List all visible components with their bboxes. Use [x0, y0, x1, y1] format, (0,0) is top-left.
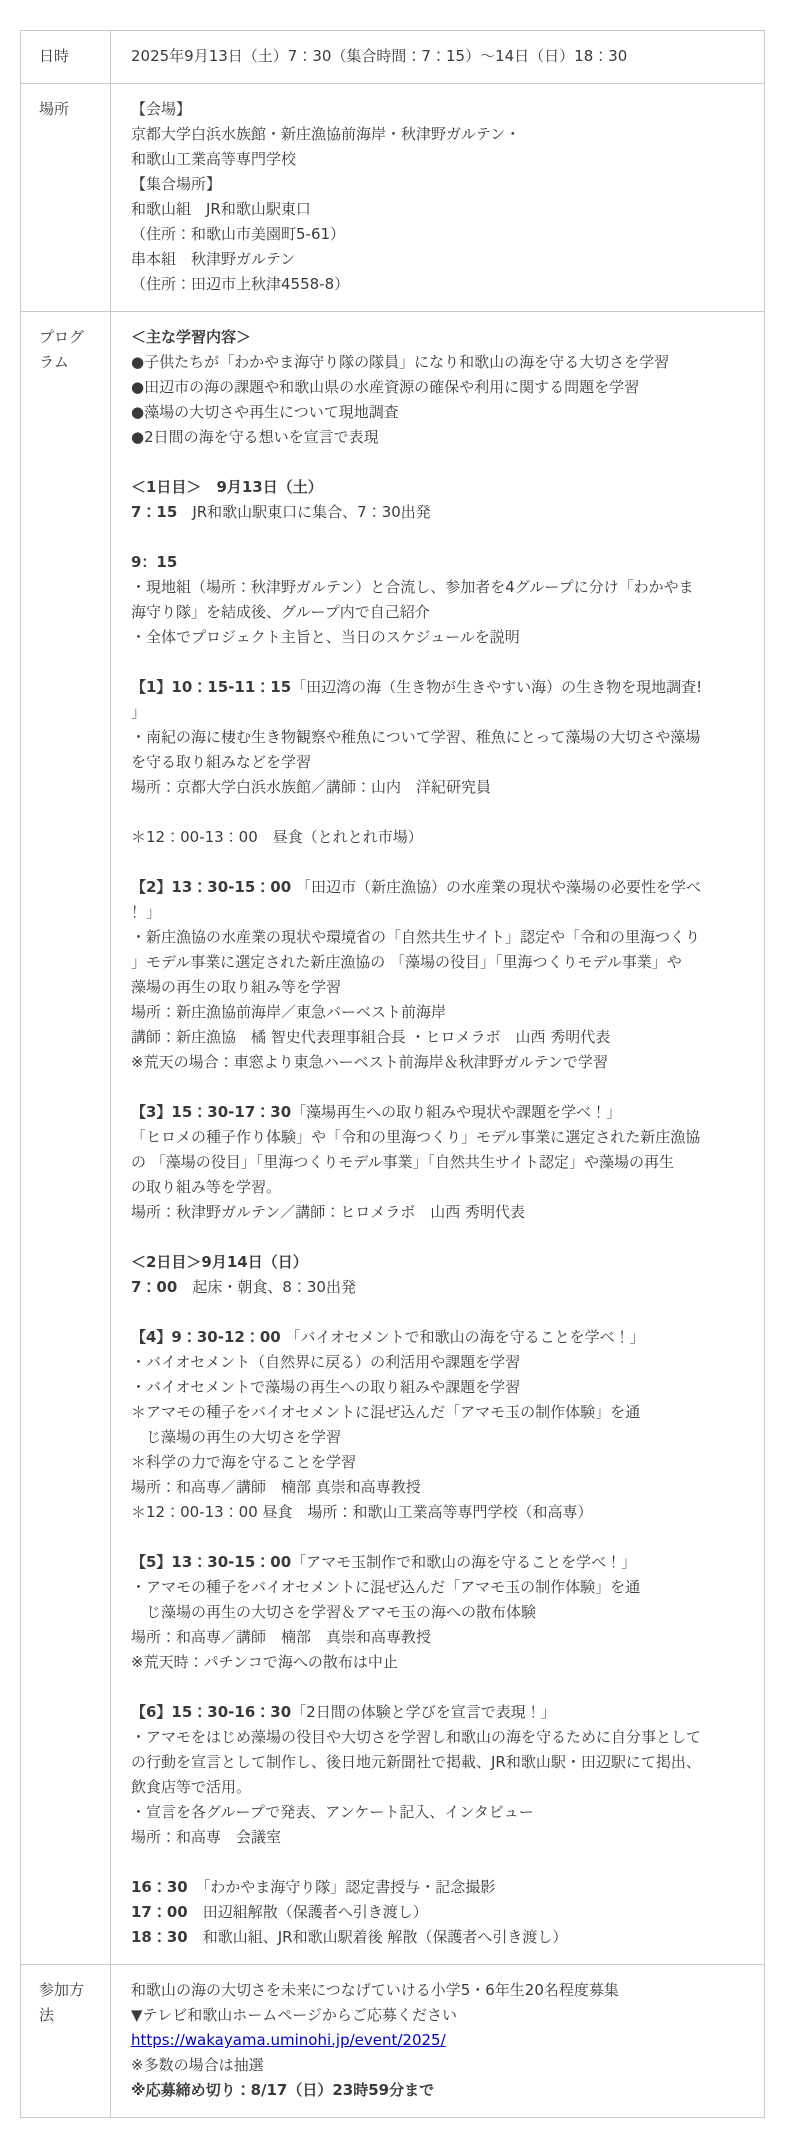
text-line: 串本組 秋津野ガルテン	[131, 247, 754, 272]
text-segment: 「アマモ玉制作で和歌山の海を守ることを学べ！」	[291, 1553, 636, 1571]
text-segment: ●田辺市の海の課題や和歌山県の水産資源の確保や利用に関する問題を学習	[131, 378, 639, 396]
text-line: ・アマモをはじめ藻場の役目や大切さを学習し和歌山の海を守るために自分事として	[131, 1725, 754, 1750]
text-segment: 【集合場所】	[131, 175, 221, 193]
text-segment: ・宣言を各グループで発表、アンケート記入、インタビュー	[131, 1803, 534, 1821]
text-line: 16：30 「わかやま海守り隊」認定書授与・記念撮影	[131, 1875, 754, 1900]
blank-line	[131, 650, 754, 675]
text-segment: 【会場】	[131, 100, 191, 118]
text-line: 飲食店等で活用。	[131, 1775, 754, 1800]
text-segment: 和歌山の海の大切さを未来につなげていける小学5・6年生20名程度募集	[131, 1981, 619, 1999]
text-line: 和歌山工業高等専門学校	[131, 147, 754, 172]
blank-line	[131, 1675, 754, 1700]
text-segment: 「ヒロメの種子作り体験」や「令和の里海つくり」モデル事業に選定された新庄漁協	[131, 1128, 700, 1146]
text-line: ※多数の場合は抽選	[131, 2053, 754, 2078]
text-segment: 串本組 秋津野ガルテン	[131, 250, 295, 268]
text-line: ＊12：00-13：00 昼食（とれとれ市場）	[131, 825, 754, 850]
text-segment: 7：00	[131, 1278, 177, 1296]
text-segment: ・全体でプロジェクト主旨と、当日のスケジュールを説明	[131, 628, 520, 646]
text-segment: を守る取り組みなどを学習	[131, 753, 311, 771]
text-segment: ・南紀の海に棲む生き物観察や稚魚について学習、稚魚にとって藻場の大切さや藻場	[131, 728, 700, 746]
text-segment: 「藻場再生への取り組みや現状や課題を学べ！」	[291, 1103, 621, 1121]
text-segment: ！」	[131, 903, 161, 921]
text-line: 「ヒロメの種子作り体験」や「令和の里海つくり」モデル事業に選定された新庄漁協	[131, 1125, 754, 1150]
text-line: 17：00 田辺組解散（保護者へ引き渡し）	[131, 1900, 754, 1925]
text-line: 海守り隊」を結成後、グループ内で自己紹介	[131, 600, 754, 625]
text-line: 和歌山の海の大切さを未来につなげていける小学5・6年生20名程度募集	[131, 1978, 754, 2003]
row-content-place: 【会場】京都大学白浜水族館・新庄漁協前海岸・秋津野ガルテン・和歌山工業高等専門学…	[111, 84, 765, 312]
text-segment: 場所：和高専／講師 楠部 真崇和高専教授	[131, 1628, 431, 1646]
text-segment: 「2日間の体験と学びを宣言で表現！」	[291, 1703, 556, 1721]
text-line: ・バイオセメント（自然界に戻る）の利活用や課題を学習	[131, 1350, 754, 1375]
text-segment: 場所：秋津野ガルテン／講師：ヒロメラボ 山西 秀明代表	[131, 1203, 525, 1221]
blank-line	[131, 1225, 754, 1250]
text-segment: ・現地組（場所：秋津野ガルテン）と合流し、参加者を4グループに分け「わかやま	[131, 578, 694, 596]
text-segment: ・バイオセメント（自然界に戻る）の利活用や課題を学習	[131, 1353, 520, 1371]
text-segment: 「田辺市（新庄漁協）の水産業の現状や藻場の必要性を学べ	[291, 878, 701, 896]
text-segment: 【2】13：30-15：00	[131, 878, 291, 896]
text-segment: JR和歌山駅東口に集合、7：30出発	[177, 503, 430, 521]
text-line: ・全体でプロジェクト主旨と、当日のスケジュールを説明	[131, 625, 754, 650]
blank-line	[131, 800, 754, 825]
text-line: ＜2日目＞9月14日（日）	[131, 1250, 754, 1275]
text-segment: 場所：和高専 会議室	[131, 1828, 281, 1846]
text-segment: の行動を宣言として制作し、後日地元新聞社で掲載、JR和歌山駅・田辺駅にて掲出、	[131, 1753, 701, 1771]
text-line: 9：15	[131, 550, 754, 575]
text-line: ●田辺市の海の課題や和歌山県の水産資源の確保や利用に関する問題を学習	[131, 375, 754, 400]
text-line: の取り組み等を学習。	[131, 1175, 754, 1200]
text-line: ・新庄漁協の水産業の現状や環境省の「自然共生サイト」認定や「令和の里海つくり	[131, 925, 754, 950]
text-segment: 」	[131, 703, 146, 721]
text-segment: ＜主な学習内容＞	[131, 328, 251, 346]
text-segment: ＊科学の力で海を守ることを学習	[131, 1453, 356, 1471]
text-line: （住所：田辺市上秋津4558-8）	[131, 272, 754, 297]
text-segment: ●2日間の海を守る想いを宣言で表現	[131, 428, 379, 446]
text-segment: 9：15	[131, 553, 177, 571]
text-line: ＜主な学習内容＞	[131, 325, 754, 350]
text-line: 講師：新庄漁協 橘 智史代表理事組合長 ・ヒロメラボ 山西 秀明代表	[131, 1025, 754, 1050]
text-segment: ＜2日目＞9月14日（日）	[131, 1253, 308, 1271]
text-segment: 京都大学白浜水族館・新庄漁協前海岸・秋津野ガルテン・	[131, 125, 520, 143]
text-line: 【会場】	[131, 97, 754, 122]
text-line: の行動を宣言として制作し、後日地元新聞社で掲載、JR和歌山駅・田辺駅にて掲出、	[131, 1750, 754, 1775]
text-line: 場所：京都大学白浜水族館／講師：山内 洋紀研究員	[131, 775, 754, 800]
text-segment: ※応募締め切り：8/17（日）23時59分まで	[131, 2081, 434, 2099]
text-segment: 「わかやま海守り隊」認定書授与・記念撮影	[188, 1878, 496, 1896]
text-line: ※荒天の場合：車窓より東急ハーベスト前海岸＆秋津野ガルテンで学習	[131, 1050, 754, 1075]
text-line: ※応募締め切り：8/17（日）23時59分まで	[131, 2078, 754, 2103]
text-line: を守る取り組みなどを学習	[131, 750, 754, 775]
text-segment: （住所：和歌山市美園町5-61）	[131, 225, 345, 243]
text-line: ＜1日目＞ 9月13日（土）	[131, 475, 754, 500]
text-line: ＊アマモの種子をバイオセメントに混ぜ込んだ「アマモ玉の制作体験」を通	[131, 1400, 754, 1425]
row-label-program: プログラム	[21, 312, 111, 1965]
text-segment: 【5】13：30-15：00	[131, 1553, 291, 1571]
text-line: 2025年9月13日（土）7：30（集合時間：7：15）～14日（日）18：30	[131, 44, 754, 69]
text-segment: 田辺組解散（保護者へ引き渡し）	[188, 1903, 428, 1921]
text-segment: の 「藻場の役目」「里海つくりモデル事業」「自然共生サイト認定」や藻場の再生	[131, 1153, 674, 1171]
text-line: 和歌山組 JR和歌山駅東口	[131, 197, 754, 222]
text-line: ●2日間の海を守る想いを宣言で表現	[131, 425, 754, 450]
text-line: 【2】13：30-15：00 「田辺市（新庄漁協）の水産業の現状や藻場の必要性を…	[131, 875, 754, 900]
blank-line	[131, 1300, 754, 1325]
row-content-datetime: 2025年9月13日（土）7：30（集合時間：7：15）～14日（日）18：30	[111, 31, 765, 84]
text-segment: 和歌山工業高等専門学校	[131, 150, 296, 168]
text-line: 7：00 起床・朝食、8：30出発	[131, 1275, 754, 1300]
text-segment: ＜1日目＞ 9月13日（土）	[131, 478, 323, 496]
text-line: ●藻場の大切さや再生について現地調査	[131, 400, 754, 425]
text-line: 【6】15：30-16：30「2日間の体験と学びを宣言で表現！」	[131, 1700, 754, 1725]
text-line: 7：15 JR和歌山駅東口に集合、7：30出発	[131, 500, 754, 525]
blank-line	[131, 525, 754, 550]
text-segment: 16：30	[131, 1878, 188, 1896]
text-line: 場所：秋津野ガルテン／講師：ヒロメラボ 山西 秀明代表	[131, 1200, 754, 1225]
text-line: ●子供たちが「わかやま海守り隊の隊員」になり和歌山の海を守る大切さを学習	[131, 350, 754, 375]
table-row-place: 場所 【会場】京都大学白浜水族館・新庄漁協前海岸・秋津野ガルテン・和歌山工業高等…	[21, 84, 765, 312]
text-segment: 講師：新庄漁協 橘 智史代表理事組合長 ・ヒロメラボ 山西 秀明代表	[131, 1028, 610, 1046]
text-segment: 18：30	[131, 1928, 188, 1946]
text-segment: ・アマモをはじめ藻場の役目や大切さを学習し和歌山の海を守るために自分事として	[131, 1728, 701, 1746]
row-content-program: ＜主な学習内容＞●子供たちが「わかやま海守り隊の隊員」になり和歌山の海を守る大切…	[111, 312, 765, 1965]
text-line: 18：30 和歌山組、JR和歌山駅着後 解散（保護者へ引き渡し）	[131, 1925, 754, 1950]
row-label-apply: 参加方法	[21, 1965, 111, 2118]
text-segment: 飲食店等で活用。	[131, 1778, 251, 1796]
text-segment: ・バイオセメントで藻場の再生への取り組みや課題を学習	[131, 1378, 520, 1396]
text-segment: 【1】10：15-11：15	[131, 678, 291, 696]
text-line: 」モデル事業に選定された新庄漁協の 「藻場の役目」「里海つくりモデル事業」や	[131, 950, 754, 975]
application-link[interactable]: https://wakayama.uminohi.jp/event/2025/	[131, 2031, 446, 2049]
blank-line	[131, 1850, 754, 1875]
text-segment: ▼テレビ和歌山ホームページからご応募ください	[131, 2006, 457, 2024]
text-segment: 【6】15：30-16：30	[131, 1703, 291, 1721]
text-line: https://wakayama.uminohi.jp/event/2025/	[131, 2028, 754, 2053]
text-segment: 場所：和高専／講師 楠部 真崇和高専教授	[131, 1478, 421, 1496]
row-content-apply: 和歌山の海の大切さを未来につなげていける小学5・6年生20名程度募集▼テレビ和歌…	[111, 1965, 765, 2118]
text-segment: 場所：京都大学白浜水族館／講師：山内 洋紀研究員	[131, 778, 491, 796]
text-line: ・現地組（場所：秋津野ガルテン）と合流し、参加者を4グループに分け「わかやま	[131, 575, 754, 600]
text-segment: じ藻場の再生の大切さを学習	[131, 1428, 341, 1446]
text-line: 場所：新庄漁協前海岸／東急バーベスト前海岸	[131, 1000, 754, 1025]
table-row-program: プログラム ＜主な学習内容＞●子供たちが「わかやま海守り隊の隊員」になり和歌山の…	[21, 312, 765, 1965]
text-line: ・南紀の海に棲む生き物観察や稚魚について学習、稚魚にとって藻場の大切さや藻場	[131, 725, 754, 750]
text-segment: 7：15	[131, 503, 177, 521]
text-segment: 【3】15：30-17：30	[131, 1103, 291, 1121]
text-segment: 起床・朝食、8：30出発	[177, 1278, 356, 1296]
text-segment: ・新庄漁協の水産業の現状や環境省の「自然共生サイト」認定や「令和の里海つくり	[131, 928, 700, 946]
text-line: の 「藻場の役目」「里海つくりモデル事業」「自然共生サイト認定」や藻場の再生	[131, 1150, 754, 1175]
text-line: 【5】13：30-15：00「アマモ玉制作で和歌山の海を守ることを学べ！」	[131, 1550, 754, 1575]
text-line: （住所：和歌山市美園町5-61）	[131, 222, 754, 247]
text-line: ・バイオセメントで藻場の再生への取り組みや課題を学習	[131, 1375, 754, 1400]
text-line: 場所：和高専／講師 楠部 真崇和高専教授	[131, 1625, 754, 1650]
blank-line	[131, 850, 754, 875]
text-segment: 「バイオセメントで和歌山の海を守ることを学べ！」	[281, 1328, 645, 1346]
text-line: ・宣言を各グループで発表、アンケート記入、インタビュー	[131, 1800, 754, 1825]
text-segment: ※荒天の場合：車窓より東急ハーベスト前海岸＆秋津野ガルテンで学習	[131, 1053, 608, 1071]
text-segment: ●子供たちが「わかやま海守り隊の隊員」になり和歌山の海を守る大切さを学習	[131, 353, 669, 371]
text-segment: 【4】9：30-12：00	[131, 1328, 281, 1346]
text-segment: ●藻場の大切さや再生について現地調査	[131, 403, 399, 421]
text-line: 」	[131, 700, 754, 725]
text-line: ＊科学の力で海を守ることを学習	[131, 1450, 754, 1475]
text-segment: 和歌山組、JR和歌山駅着後 解散（保護者へ引き渡し）	[188, 1928, 568, 1946]
text-line: ・アマモの種子をバイオセメントに混ぜ込んだ「アマモ玉の制作体験」を通	[131, 1575, 754, 1600]
text-line: 京都大学白浜水族館・新庄漁協前海岸・秋津野ガルテン・	[131, 122, 754, 147]
text-segment: （住所：田辺市上秋津4558-8）	[131, 275, 349, 293]
row-label-datetime: 日時	[21, 31, 111, 84]
text-segment: 17：00	[131, 1903, 188, 1921]
text-segment: ＊12：00-13：00 昼食（とれとれ市場）	[131, 828, 423, 846]
table-row-apply: 参加方法 和歌山の海の大切さを未来につなげていける小学5・6年生20名程度募集▼…	[21, 1965, 765, 2118]
row-label-place: 場所	[21, 84, 111, 312]
text-line: 場所：和高専／講師 楠部 真崇和高専教授	[131, 1475, 754, 1500]
blank-line	[131, 1075, 754, 1100]
text-segment: 藻場の再生の取り組み等を学習	[131, 978, 341, 996]
blank-line	[131, 450, 754, 475]
table-row-datetime: 日時 2025年9月13日（土）7：30（集合時間：7：15）～14日（日）18…	[21, 31, 765, 84]
text-segment: ※荒天時：パチンコで海への散布は中止	[131, 1653, 398, 1671]
text-segment: ＊12：00-13：00 昼食 場所：和歌山工業高等専門学校（和高専）	[131, 1503, 593, 1521]
text-line: じ藻場の再生の大切さを学習	[131, 1425, 754, 1450]
text-segment: 2025年9月13日（土）7：30（集合時間：7：15）～14日（日）18：30	[131, 47, 627, 65]
text-segment: 場所：新庄漁協前海岸／東急バーベスト前海岸	[131, 1003, 446, 1021]
text-line: 藻場の再生の取り組み等を学習	[131, 975, 754, 1000]
text-segment: ・アマモの種子をバイオセメントに混ぜ込んだ「アマモ玉の制作体験」を通	[131, 1578, 640, 1596]
event-info-table: 日時 2025年9月13日（土）7：30（集合時間：7：15）～14日（日）18…	[20, 30, 765, 2118]
text-line: 場所：和高専 会議室	[131, 1825, 754, 1850]
text-line: じ藻場の再生の大切さを学習＆アマモ玉の海への散布体験	[131, 1600, 754, 1625]
text-line: ＊12：00-13：00 昼食 場所：和歌山工業高等専門学校（和高専）	[131, 1500, 754, 1525]
text-line: 【集合場所】	[131, 172, 754, 197]
blank-line	[131, 1525, 754, 1550]
text-segment: 「田辺湾の海（生き物が生きやすい海）の生き物を現地調査!	[291, 678, 702, 696]
text-line: ！」	[131, 900, 754, 925]
text-segment: 海守り隊」を結成後、グループ内で自己紹介	[131, 603, 430, 621]
text-segment: 和歌山組 JR和歌山駅東口	[131, 200, 311, 218]
text-segment: 」モデル事業に選定された新庄漁協の 「藻場の役目」「里海つくりモデル事業」や	[131, 953, 682, 971]
text-segment: ＊アマモの種子をバイオセメントに混ぜ込んだ「アマモ玉の制作体験」を通	[131, 1403, 640, 1421]
text-line: ※荒天時：パチンコで海への散布は中止	[131, 1650, 754, 1675]
text-line: ▼テレビ和歌山ホームページからご応募ください	[131, 2003, 754, 2028]
text-line: 【1】10：15-11：15「田辺湾の海（生き物が生きやすい海）の生き物を現地調…	[131, 675, 754, 700]
text-line: 【3】15：30-17：30「藻場再生への取り組みや現状や課題を学べ！」	[131, 1100, 754, 1125]
text-segment: ※多数の場合は抽選	[131, 2056, 264, 2074]
text-segment: じ藻場の再生の大切さを学習＆アマモ玉の海への散布体験	[131, 1603, 536, 1621]
text-line: 【4】9：30-12：00 「バイオセメントで和歌山の海を守ることを学べ！」	[131, 1325, 754, 1350]
text-segment: の取り組み等を学習。	[131, 1178, 281, 1196]
